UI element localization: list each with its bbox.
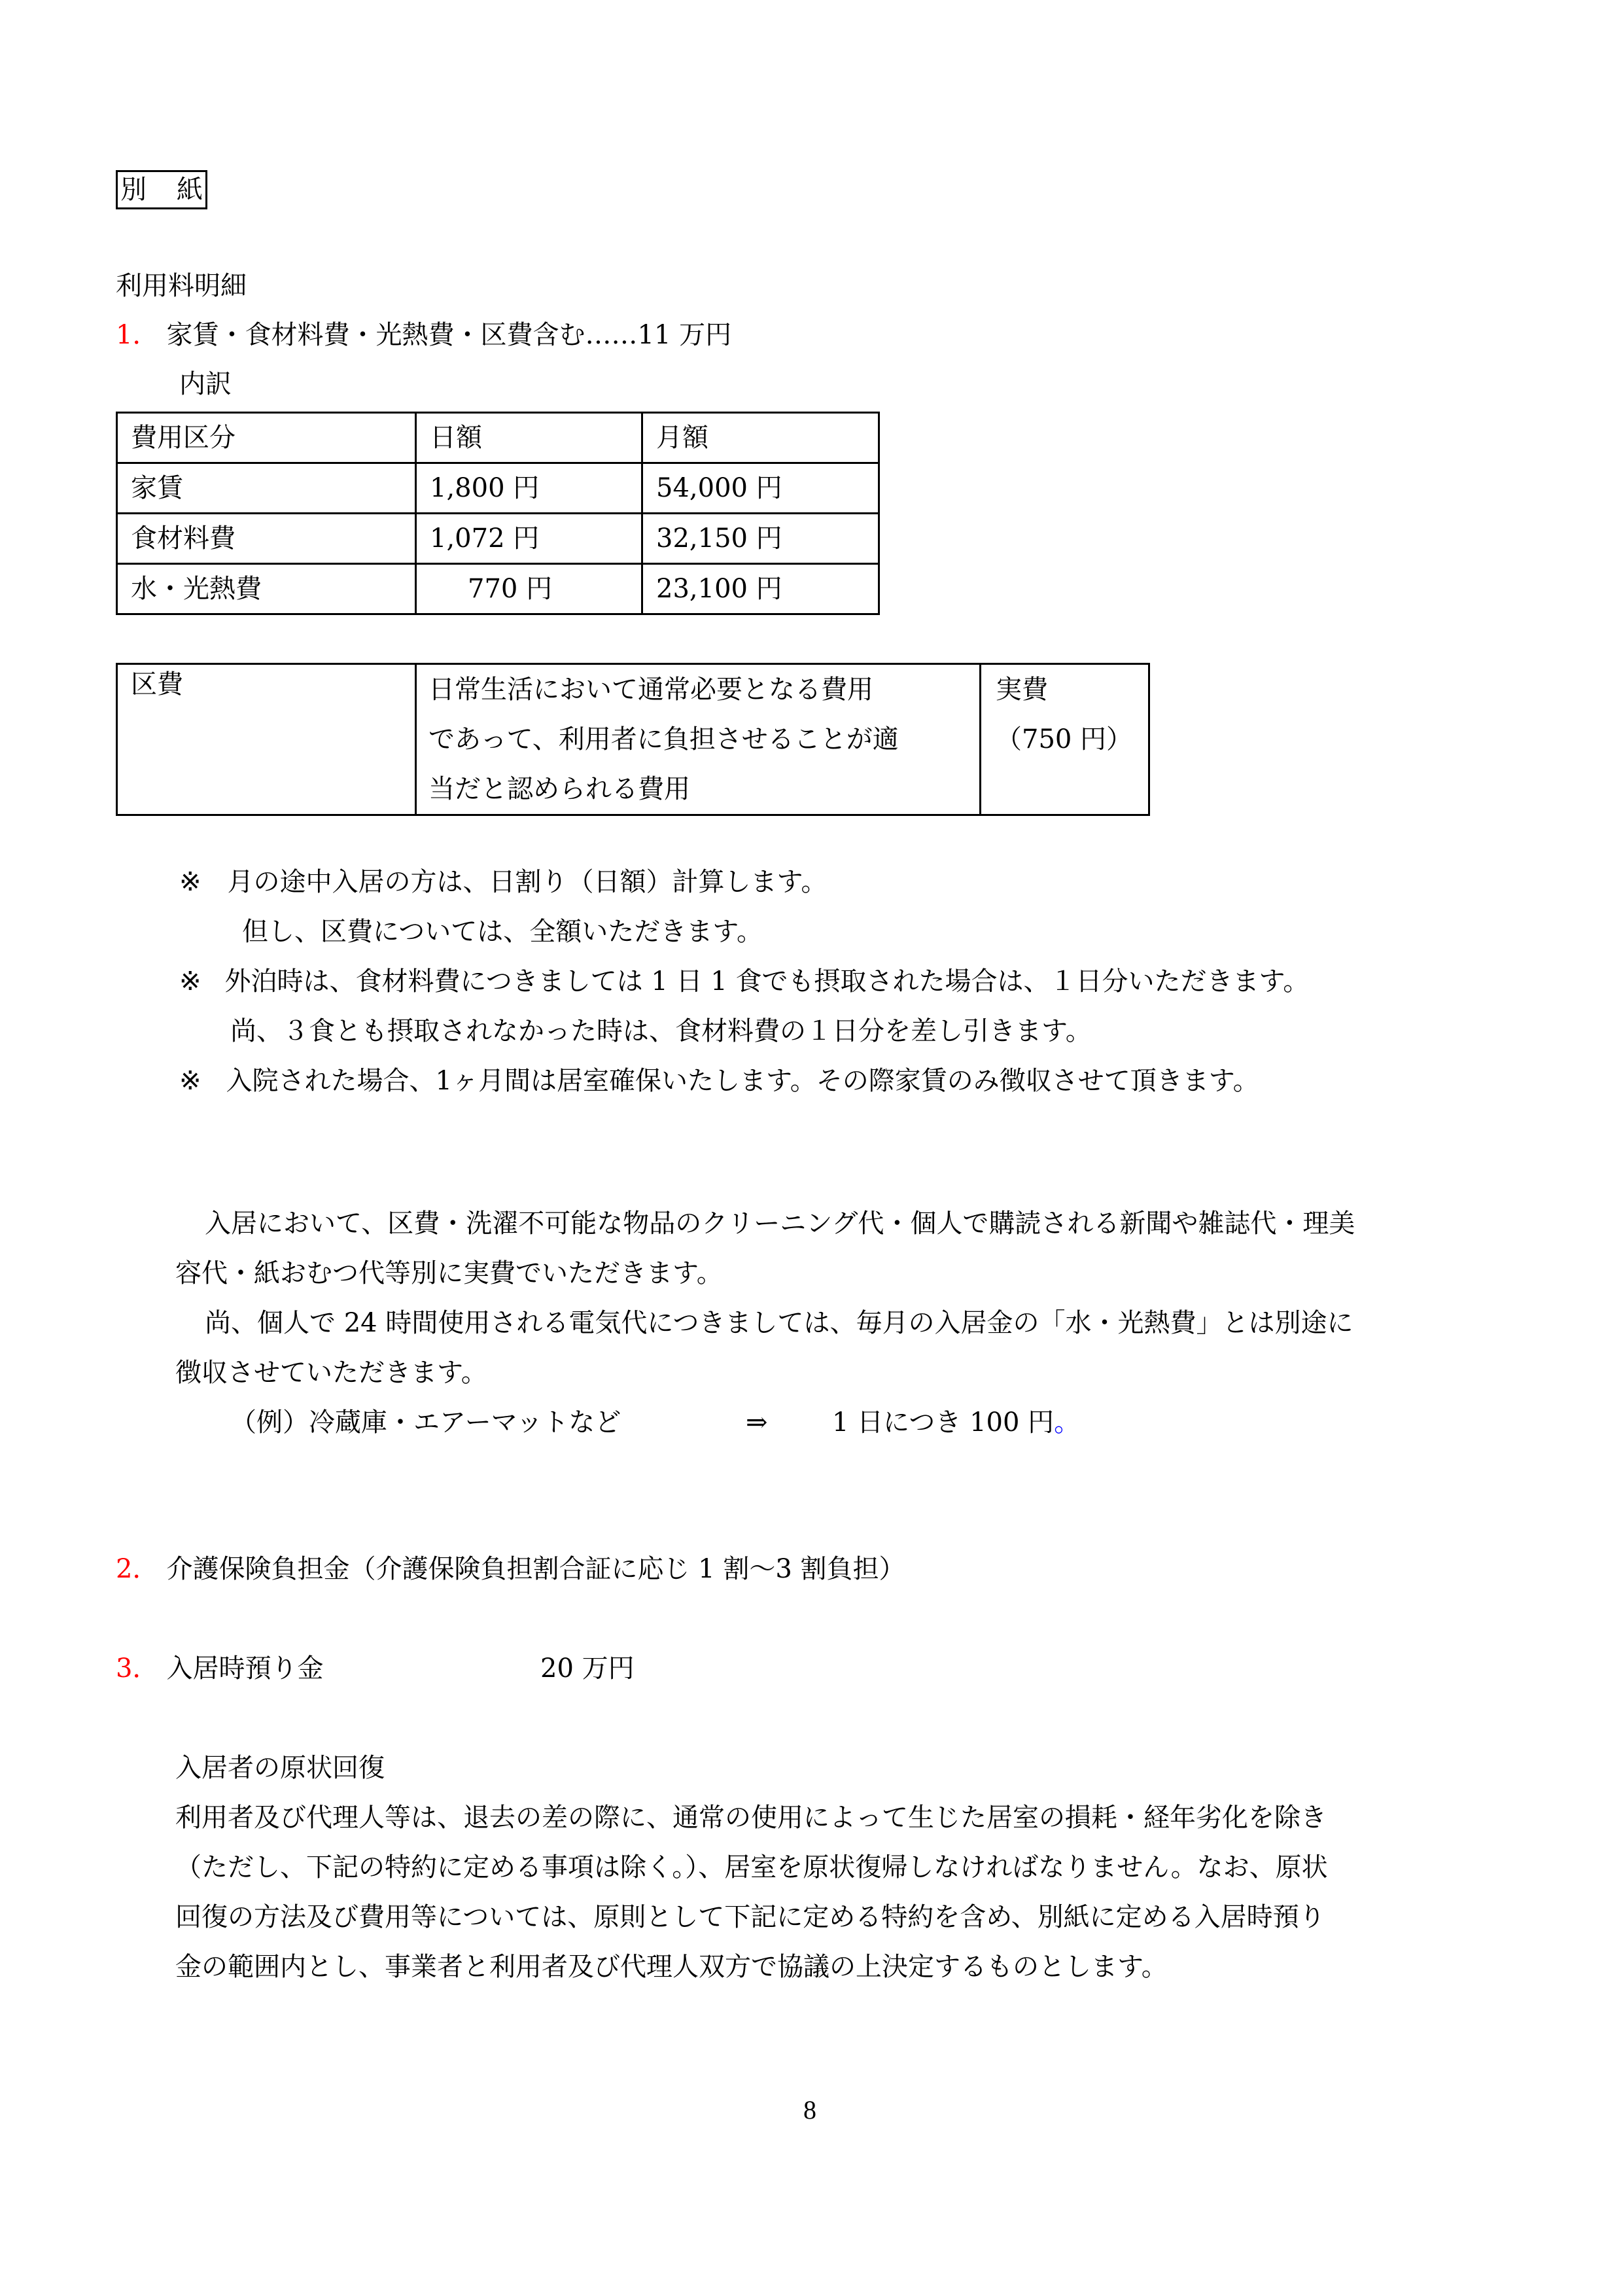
section-1-title: 家賃・食材料費・光熱費・区費含む‥‥‥11 万円 <box>166 320 731 350</box>
row-category: 食材料費 <box>117 514 416 564</box>
note-text: 月の途中入居の方は、日割り（日額）計算します。 <box>228 867 828 897</box>
row-daily: 1,800 円 <box>416 463 642 514</box>
paragraph-1-line-1: 入居において、区費・洗濯不可能な物品のクリーニング代・個人で購読される新聞や雑誌… <box>205 1210 1355 1237</box>
section-2-heading: 2．介護保険負担金（介護保険負担割合証に応じ 1 割〜3 割負担） <box>116 1556 905 1582</box>
restoration-line-1: 利用者及び代理人等は、退去の差の際に、通常の使用によって生じた居室の損耗・経年劣… <box>175 1805 1327 1831</box>
note-mark: ※ <box>179 867 201 897</box>
section-3-heading: 3．入居時預り金 <box>116 1655 323 1682</box>
header-daily: 日額 <box>416 413 642 463</box>
note-1: ※月の途中入居の方は、日割り（日額）計算します。 <box>179 869 827 895</box>
row-monthly: 54,000 円 <box>642 463 879 514</box>
table-row: 水・光熱費 770 円 23,100 円 <box>117 564 879 614</box>
fee-breakdown-table: 費用区分 日額 月額 家賃 1,800 円 54,000 円 食材料費 1,07… <box>116 412 880 615</box>
note-1-continued: 但し、区費については、全額いただきます。 <box>242 919 763 945</box>
restoration-line-3: 回復の方法及び費用等については、原則として下記に定める特約を含め、別紙に定める入… <box>175 1904 1325 1930</box>
ward-fee-amount-value: （750 円） <box>996 715 1148 764</box>
note-mark: ※ <box>179 1066 201 1096</box>
restoration-subheading: 入居者の原状回復 <box>175 1755 385 1781</box>
note-mark: ※ <box>179 966 201 997</box>
ward-fee-amount-label: 実費 <box>996 665 1148 715</box>
ward-fee-description-line: 日常生活において通常必要となる費用 <box>428 665 979 715</box>
header-category: 費用区分 <box>117 413 416 463</box>
example-value: 1 日につき 100 円。 <box>832 1409 1080 1436</box>
arrow-icon: ⇒ <box>746 1409 768 1436</box>
ward-fee-description-line: 当だと認められる費用 <box>428 764 979 814</box>
note-text: 入院された場合、1ヶ月間は居室確保いたします。その際家賃のみ徴収させて頂きます。 <box>226 1066 1259 1096</box>
note-2: ※外泊時は、食材料費につきましては 1 日 1 食でも摂取された場合は、１日分い… <box>179 968 1309 995</box>
example-period: 。 <box>1054 1407 1080 1438</box>
section-2-title: 介護保険負担金（介護保険負担割合証に応じ 1 割〜3 割負担） <box>166 1554 905 1584</box>
section-1-heading: 1．家賃・食材料費・光熱費・区費含む‥‥‥11 万円 <box>116 322 731 348</box>
page-heading: 利用料明細 <box>116 273 247 299</box>
note-2-continued: 尚、３食とも摂取されなかった時は、食材料費の１日分を差し引きます。 <box>230 1018 1092 1044</box>
restoration-line-4: 金の範囲内とし、事業者と利用者及び代理人双方で協議の上決定するものとします。 <box>175 1954 1168 1980</box>
ward-fee-description: 日常生活において通常必要となる費用 であって、利用者に負担させることが適 当だと… <box>416 664 981 815</box>
paragraph-2-line-1: 尚、個人で 24 時間使用される電気代につきましては、毎月の入居金の「水・光熱費… <box>205 1310 1353 1336</box>
row-category: 水・光熱費 <box>117 564 416 614</box>
row-daily: 1,072 円 <box>416 514 642 564</box>
row-category: 家賃 <box>117 463 416 514</box>
row-monthly: 32,150 円 <box>642 514 879 564</box>
note-3: ※入院された場合、1ヶ月間は居室確保いたします。その際家賃のみ徴収させて頂きます… <box>179 1068 1259 1094</box>
attachment-tag-char-2: 紙 <box>177 177 203 203</box>
page-number: 8 <box>803 2097 816 2123</box>
ward-fee-category: 区費 <box>117 664 416 815</box>
row-monthly: 23,100 円 <box>642 564 879 614</box>
attachment-tag-char-1: 別 <box>120 177 147 203</box>
section-3-title: 入居時預り金 <box>166 1653 323 1684</box>
table-row: 区費 日常生活において通常必要となる費用 であって、利用者に負担させることが適 … <box>117 664 1149 815</box>
table-row: 家賃 1,800 円 54,000 円 <box>117 463 879 514</box>
header-monthly: 月額 <box>642 413 879 463</box>
attachment-tag: 別 紙 <box>116 170 207 209</box>
breakdown-label: 内訳 <box>179 371 232 397</box>
ward-fee-description-line: であって、利用者に負担させることが適 <box>428 715 979 764</box>
restoration-line-2: （ただし、下記の特約に定める事項は除く。）、居室を原状復帰しなければなりません。… <box>175 1854 1328 1881</box>
section-2-number: 2． <box>116 1554 158 1584</box>
example-label: （例）冷蔵庫・エアーマットなど <box>230 1409 621 1436</box>
paragraph-1-line-2: 容代・紙おむつ代等別に実費でいただきます。 <box>175 1260 723 1286</box>
example-value-text: 1 日につき 100 円 <box>832 1407 1054 1438</box>
ward-fee-amount: 実費 （750 円） <box>981 664 1149 815</box>
section-3-number: 3． <box>116 1653 158 1684</box>
deposit-amount: 20 万円 <box>540 1655 635 1682</box>
table-header-row: 費用区分 日額 月額 <box>117 413 879 463</box>
paragraph-2-line-2: 徴収させていただきます。 <box>175 1360 487 1386</box>
note-text: 外泊時は、食材料費につきましては 1 日 1 食でも摂取された場合は、１日分いた… <box>225 966 1310 997</box>
table-row: 食材料費 1,072 円 32,150 円 <box>117 514 879 564</box>
section-1-number: 1． <box>116 320 158 350</box>
ward-fee-table: 区費 日常生活において通常必要となる費用 であって、利用者に負担させることが適 … <box>116 663 1150 816</box>
row-daily: 770 円 <box>416 564 642 614</box>
